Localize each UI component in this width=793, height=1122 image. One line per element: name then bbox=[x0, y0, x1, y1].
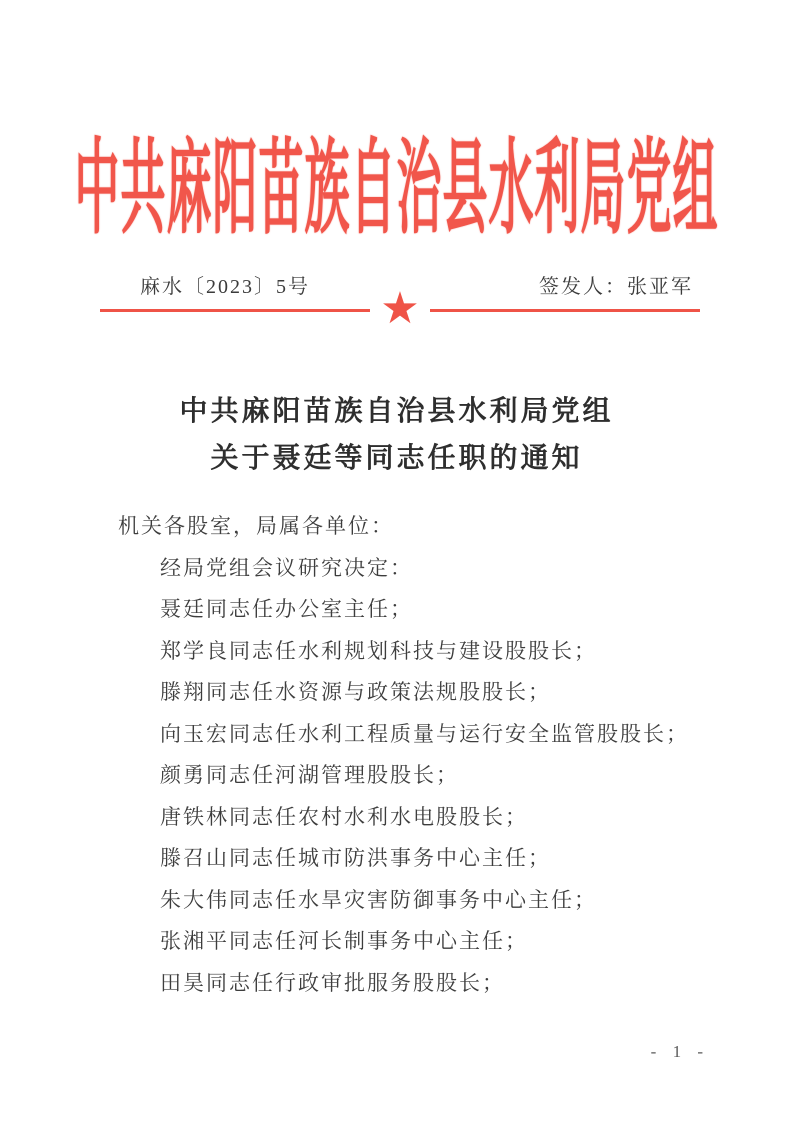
document-page: 中共麻阳苗族自治县水利局党组 麻水〔2023〕5号 签发人：张亚军 ★ 中共麻阳… bbox=[0, 0, 793, 1122]
body-line: 张湘平同志任河长制事务中心主任； bbox=[118, 921, 703, 963]
body-line: 颜勇同志任河湖管理股股长； bbox=[118, 755, 703, 797]
body-line: 滕召山同志任城市防洪事务中心主任； bbox=[118, 838, 703, 880]
body-line: 经局党组会议研究决定： bbox=[118, 548, 703, 590]
body-line: 田昊同志任行政审批服务股股长； bbox=[118, 963, 703, 1005]
body-line: 向玉宏同志任水利工程质量与运行安全监管股股长； bbox=[118, 714, 703, 756]
page-number: - 1 - bbox=[651, 1042, 709, 1062]
star-icon: ★ bbox=[380, 287, 419, 331]
rule-right-segment bbox=[430, 309, 700, 312]
body-line: 聂廷同志任办公室主任； bbox=[118, 589, 703, 631]
document-title: 中共麻阳苗族自治县水利局党组 关于聂廷等同志任职的通知 bbox=[0, 388, 793, 482]
document-title-line1: 中共麻阳苗族自治县水利局党组 bbox=[0, 388, 793, 435]
masthead: 中共麻阳苗族自治县水利局党组 bbox=[0, 104, 793, 234]
document-title-line2: 关于聂廷等同志任职的通知 bbox=[0, 435, 793, 482]
body-line: 郑学良同志任水利规划科技与建设股股长； bbox=[118, 631, 703, 673]
body-line: 朱大伟同志任水旱灾害防御事务中心主任； bbox=[118, 880, 703, 922]
body-paragraphs: 经局党组会议研究决定：聂廷同志任办公室主任；郑学良同志任水利规划科技与建设股股长… bbox=[118, 548, 703, 1005]
body-line: 滕翔同志任水资源与政策法规股股长； bbox=[118, 672, 703, 714]
document-body: 机关各股室，局属各单位： 经局党组会议研究决定：聂廷同志任办公室主任；郑学良同志… bbox=[118, 506, 703, 1004]
body-salutation: 机关各股室，局属各单位： bbox=[118, 506, 703, 548]
masthead-org-name: 中共麻阳苗族自治县水利局党组 bbox=[74, 104, 718, 254]
red-divider-rule: ★ bbox=[100, 288, 700, 332]
body-line: 唐铁林同志任农村水利水电股股长； bbox=[118, 797, 703, 839]
rule-left-segment bbox=[100, 309, 370, 312]
